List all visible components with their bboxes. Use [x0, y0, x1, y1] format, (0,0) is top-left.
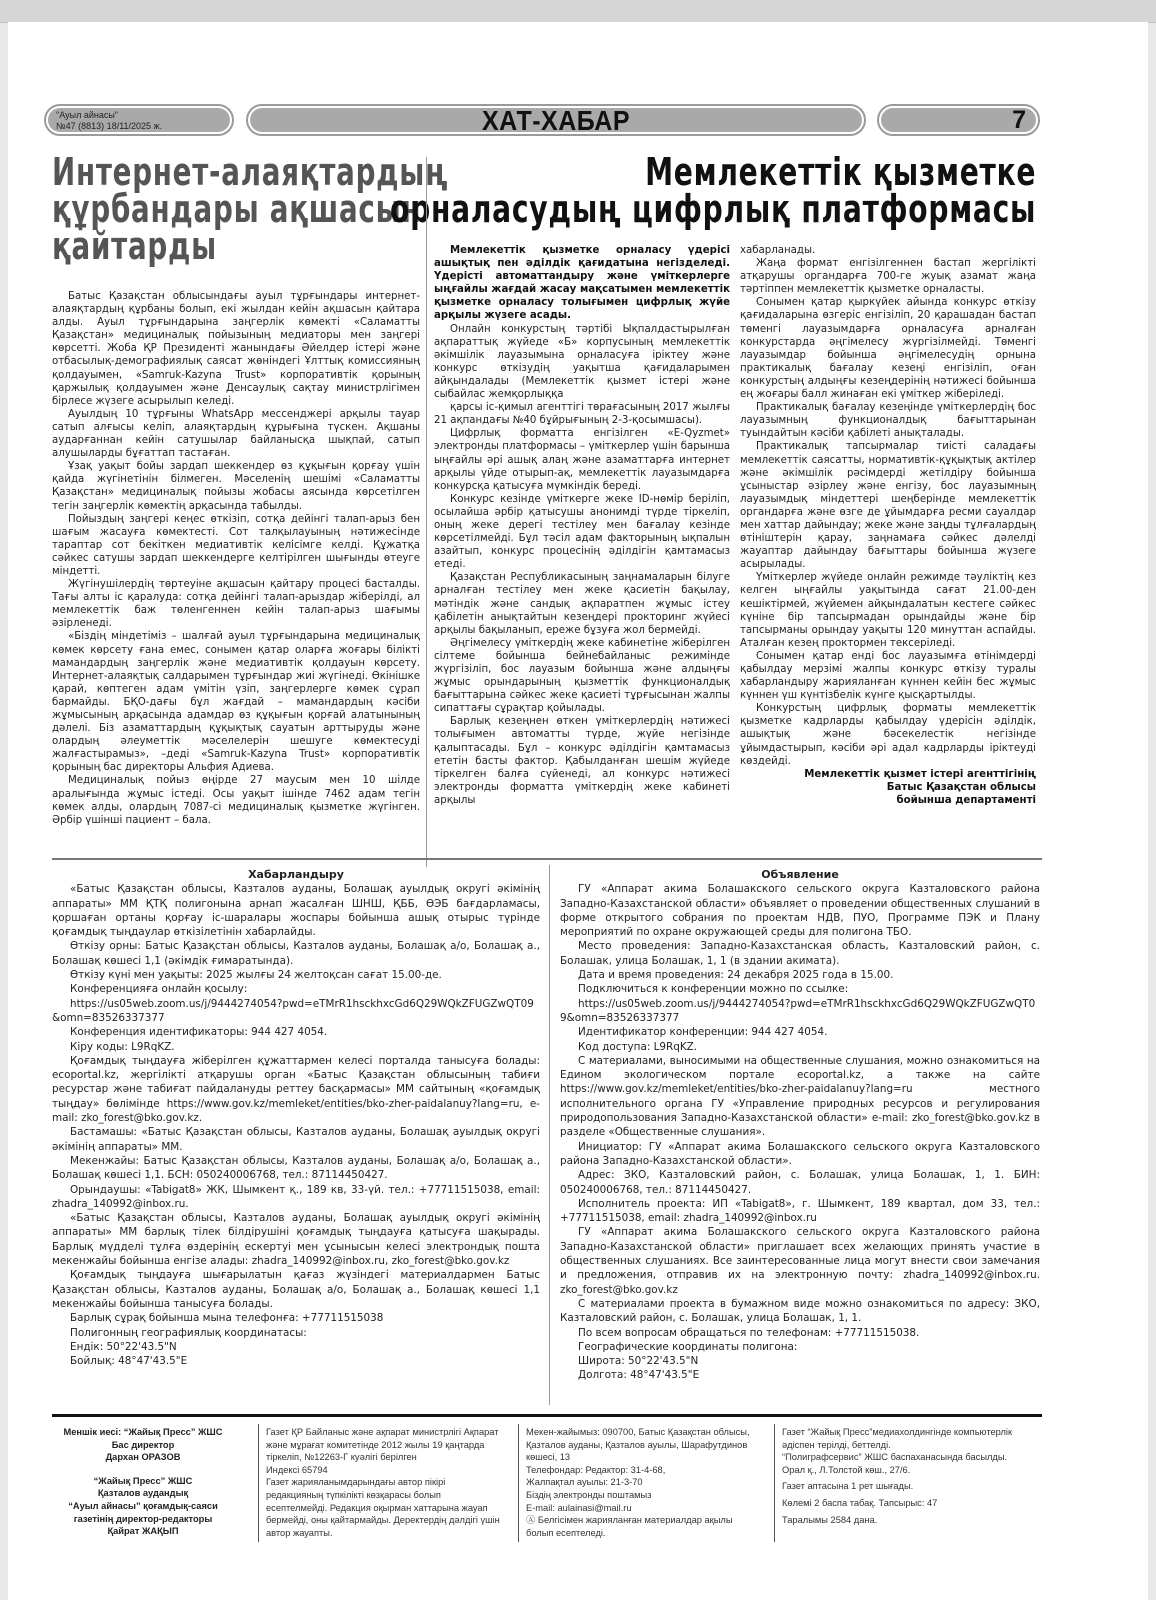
- paragraph: «Біздің міндетіміз – шалғай ауыл тұрғынд…: [52, 630, 420, 774]
- paragraph: ГУ «Аппарат акима Болашакского сельского…: [560, 882, 1040, 939]
- signature-line: Мемлекеттік қызмет істері агенттігінің: [740, 768, 1036, 781]
- paragraph: Барлық сұрақ бойынша мына телефонға: +77…: [52, 1311, 540, 1325]
- paragraph: Практикалық бағалау кезеңінде үміткерлер…: [740, 401, 1036, 440]
- paragraph: Адрес: ЗКО, Казталовский район, с. Болаш…: [560, 1168, 1040, 1197]
- page-header: "Ауыл айнасы" №47 (8813) 18/11/2025 ж. Х…: [44, 102, 1040, 140]
- paragraph: Өткізу орны: Батыс Қазақстан облысы, Каз…: [52, 939, 540, 968]
- footer-divider: [52, 1414, 1042, 1417]
- footer-line: “Жайық Пресс” ЖШС: [48, 1475, 238, 1488]
- left-article-body: Батыс Қазақстан облысындағы ауыл тұрғынд…: [52, 290, 420, 827]
- footer-line: Таралымы 2584 дана.: [782, 1514, 1042, 1527]
- paragraph: Конференцияға онлайн қосылу:: [52, 982, 540, 996]
- footer-line: Мекен-жайымыз: 090700, Батыс Қазақстан о…: [526, 1426, 762, 1464]
- footer-line: Меншік иесі: “Жайық Пресс” ЖШС: [48, 1426, 238, 1439]
- footer-line: Газет ҚР Байланыс және ақпарат министрлі…: [266, 1426, 502, 1464]
- announcement-divider: [549, 865, 550, 1405]
- paragraph: Ауылдың 10 тұрғыны WhatsApp мессенджері …: [52, 408, 420, 460]
- paragraph: Өткізу күні мен уақыты: 2025 жылғы 24 же…: [52, 968, 540, 982]
- zoom-link[interactable]: https://us05web.zoom.us/j/9444274054?pwd…: [52, 997, 540, 1026]
- paragraph: қарсы іс-қимыл агенттігі төрағасының 201…: [434, 401, 730, 427]
- footer-line: Газет “Жайық Пресс”медиахолдингінде комп…: [782, 1426, 1042, 1439]
- footer-line: Ⓐ Белгісімен жарияланған материалдар ақы…: [526, 1514, 762, 1539]
- right-article-column-2: хабарланады. Жаңа формат енгізілгеннен б…: [740, 244, 1036, 807]
- paragraph: «Батыс Қазақстан облысы, Казталов ауданы…: [52, 1211, 540, 1268]
- footer-line: Бас директор: [48, 1439, 238, 1452]
- footer-line: газетінің директор-редакторы: [48, 1513, 238, 1526]
- headline-line: орналасудың цифрлық платформасы: [390, 191, 1036, 228]
- section-divider: [52, 858, 1042, 860]
- left-article-headline: Интернет-алаяқтардың құрбандары ақшасын …: [52, 154, 417, 265]
- footer-line: әдіспен терілді, беттелді.: [782, 1439, 1042, 1452]
- paragraph: Исполнитель проекта: ИП «Tabigat8», г. Ш…: [560, 1197, 1040, 1226]
- footer-line: Көлемі 2 баспа табақ. Тапсырыс: 47: [782, 1497, 1042, 1510]
- column-divider: [426, 157, 427, 867]
- paragraph: Географические координаты полигона:: [560, 1340, 1040, 1354]
- footer-registration-block: Газет ҚР Байланыс және ақпарат министрлі…: [266, 1426, 502, 1539]
- signature-line: бойынша департаменті: [740, 794, 1036, 807]
- paragraph: Инициатор: ГУ «Аппарат акима Болашакског…: [560, 1140, 1040, 1169]
- footer-email[interactable]: E-mail: aulainasi@mail.ru: [526, 1502, 762, 1515]
- paragraph: Сонымен қатар енді бос лауазымға өтінімд…: [740, 650, 1036, 702]
- paragraph: «Батыс Қазақстан облысы, Казталов ауданы…: [52, 882, 540, 939]
- paragraph: Дата и время проведения: 24 декабря 2025…: [560, 968, 1040, 982]
- paragraph: Конференция идентификаторы: 944 427 4054…: [52, 1025, 540, 1039]
- headline-line: Интернет-алаяқтардың: [52, 154, 417, 191]
- signature-line: Батыс Қазақстан облысы: [740, 781, 1036, 794]
- footer-line: Газет жарияланымдарындағы автор пікірі р…: [266, 1476, 502, 1539]
- paragraph: Ұзақ уақыт бойы зардап шеккендер өз құқы…: [52, 460, 420, 512]
- paragraph: Қазақстан Республикасының заңнамаларын б…: [434, 571, 730, 636]
- footer-address-block: Мекен-жайымыз: 090700, Батыс Қазақстан о…: [526, 1426, 762, 1539]
- lead-paragraph: Мемлекеттік қызметке орналасу үдерісі аш…: [434, 244, 730, 323]
- footer-line: Орал қ., Л.Толстой көш., 27/6.: [782, 1464, 1042, 1477]
- footer-separator: [258, 1424, 259, 1542]
- headline-line: Мемлекеттік қызметке: [390, 154, 1036, 191]
- section-banner: ХАТ-ХАБАР: [246, 104, 866, 136]
- paragraph: Бастамашы: «Батыс Қазақстан облысы, Казт…: [52, 1125, 540, 1154]
- paragraph: Ендік: 50°22'43.5"N: [52, 1340, 540, 1354]
- headline-line: құрбандары ақшасын: [52, 191, 417, 228]
- footer-line: Қайрат ЖАҚЫП: [48, 1525, 238, 1538]
- section-title: ХАТ-ХАБАР: [250, 106, 862, 138]
- page-number: 7: [1012, 106, 1026, 135]
- newspaper-name: "Ауыл айнасы": [56, 110, 118, 121]
- paragraph: Подключиться к конференции можно по ссыл…: [560, 982, 1040, 996]
- footer-line: Біздің электронды поштамыз: [526, 1489, 762, 1502]
- paragraph: Жүгінушілердің төртеуіне ақшасын қайтару…: [52, 578, 420, 630]
- newspaper-page: "Ауыл айнасы" №47 (8813) 18/11/2025 ж. Х…: [8, 22, 1148, 1600]
- footer-line: Жалпақтал ауылы: 21-3-70: [526, 1476, 762, 1489]
- paragraph: Конкурстың цифрлық форматы мемлекеттік қ…: [740, 702, 1036, 767]
- footer-line: Телефондар: Редактор: 31-4-68,: [526, 1464, 762, 1477]
- paragraph: ГУ «Аппарат акима Болашакского сельского…: [560, 1225, 1040, 1296]
- footer-line: Индексі 65794: [266, 1464, 502, 1477]
- right-article-headline: Мемлекеттік қызметке орналасудың цифрлық…: [390, 154, 1036, 228]
- footer-print-block: Газет “Жайық Пресс”медиахолдингінде комп…: [782, 1426, 1042, 1526]
- right-article-column-1: Мемлекеттік қызметке орналасу үдерісі аш…: [434, 244, 730, 807]
- paragraph: Идентификатор конференции: 944 427 4054.: [560, 1025, 1040, 1039]
- announcement-title: Объявление: [560, 868, 1040, 882]
- footer-separator: [518, 1424, 519, 1542]
- paragraph: Қоғамдық тыңдауға шығарылатын қағаз жүзі…: [52, 1268, 540, 1311]
- paragraph: Орындаушы: «Tabigat8» ЖК, Шымкент қ., 18…: [52, 1183, 540, 1212]
- paragraph: Батыс Қазақстан облысындағы ауыл тұрғынд…: [52, 290, 420, 408]
- paragraph: Практикалық тапсырмалар тиісті саладағы …: [740, 440, 1036, 571]
- announcement-title: Хабарландыру: [52, 868, 540, 882]
- paragraph: Конкурс кезінде үміткерге жеке ID-нөмір …: [434, 493, 730, 572]
- paragraph: Цифрлық форматта енгізілген «E-Qyzmet» э…: [434, 427, 730, 492]
- paragraph: Жаңа формат енгізілгеннен бастап жергілі…: [740, 257, 1036, 296]
- paragraph: Үміткерлер жүйеде онлайн режимде тәулікт…: [740, 571, 1036, 650]
- paragraph: Сонымен қатар қыркүйек айында конкурс өт…: [740, 296, 1036, 401]
- footer-line: Газет аптасына 1 рет шығады.: [782, 1480, 1042, 1493]
- paragraph: С материалами проекта в бумажном виде мо…: [560, 1297, 1040, 1326]
- headline-line: қайтарды: [52, 228, 417, 265]
- paragraph: Әңгімелесу үміткердің жеке кабинетіне жі…: [434, 637, 730, 716]
- paragraph: Пойыздың заңгері кеңес өткізіп, сотқа де…: [52, 513, 420, 578]
- paragraph: Код доступа: L9RqKZ.: [560, 1040, 1040, 1054]
- footer-line: Қазталов аудандық: [48, 1487, 238, 1500]
- paragraph: С материалами, выносимыми на общественны…: [560, 1054, 1040, 1140]
- issue-number-date: №47 (8813) 18/11/2025 ж.: [56, 121, 162, 132]
- paragraph: Бойлық: 48°47'43.5"E: [52, 1354, 540, 1368]
- paragraph: Медициналық пойыз өңірде 27 маусым мен 1…: [52, 774, 420, 826]
- footer-line: “Ауыл айнасы” қоғамдық-саяси: [48, 1500, 238, 1513]
- announcement-kazakh: Хабарландыру «Батыс Қазақстан облысы, Ка…: [52, 868, 540, 1368]
- paragraph: Место проведения: Западно-Казахстанская …: [560, 939, 1040, 968]
- zoom-link[interactable]: https://us05web.zoom.us/j/9444274054?pwd…: [560, 997, 1040, 1026]
- paragraph: Долгота: 48°47'43.5"E: [560, 1368, 1040, 1382]
- paragraph: Мекенжайы: Батыс Қазақстан облысы, Казта…: [52, 1154, 540, 1183]
- footer-separator: [774, 1424, 775, 1542]
- footer-line: Дархан ОРАЗОВ: [48, 1451, 238, 1464]
- paragraph: Широта: 50°22'43.5"N: [560, 1354, 1040, 1368]
- paragraph: Полигонның географиялық координатасы:: [52, 1326, 540, 1340]
- paragraph: Қоғамдық тыңдауға жіберілген құжаттармен…: [52, 1054, 540, 1125]
- page-number-box: 7: [877, 104, 1040, 136]
- paragraph: По всем вопросам обращаться по телефонам…: [560, 1326, 1040, 1340]
- footer-owner-block: Меншік иесі: “Жайық Пресс” ЖШС Бас дирек…: [48, 1426, 238, 1538]
- paragraph: Барлық кезеңнен өткен үміткерлердің нәти…: [434, 715, 730, 807]
- footer-line: “Полиграфсервис” ЖШС баспаханасында басы…: [782, 1451, 1042, 1464]
- viewer-top-bar: [0, 0, 1156, 23]
- paragraph: хабарланады.: [740, 244, 1036, 257]
- paragraph: Кіру коды: L9RqKZ.: [52, 1040, 540, 1054]
- paragraph: Онлайн конкурстың тәртібі Ықпалдастырылғ…: [434, 323, 730, 402]
- announcement-russian: Объявление ГУ «Аппарат акима Болашакског…: [560, 868, 1040, 1383]
- issue-info-box: "Ауыл айнасы" №47 (8813) 18/11/2025 ж.: [44, 104, 234, 136]
